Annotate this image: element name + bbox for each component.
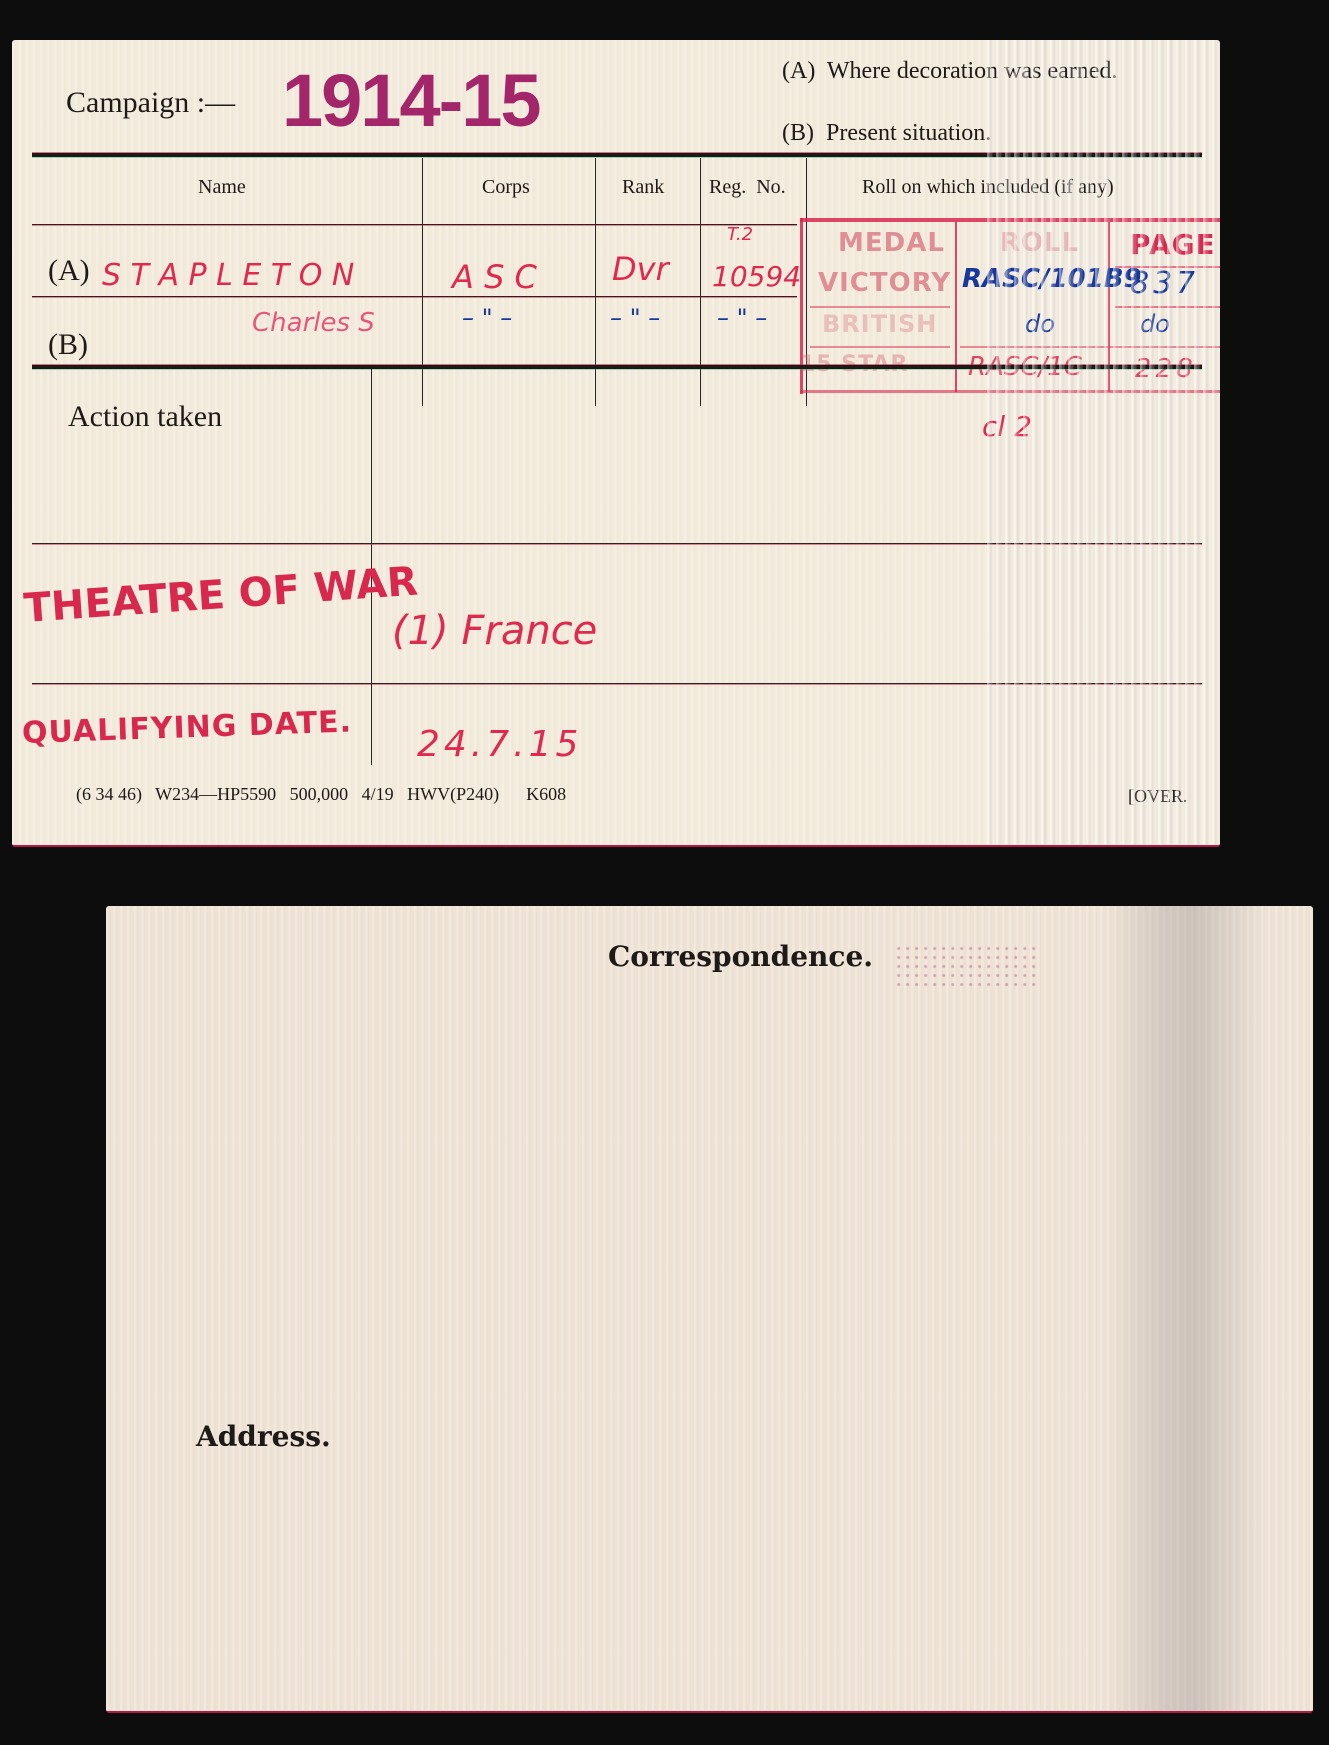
medal-index-card-front: Campaign :— 1914-15 (A) Where decoration… bbox=[12, 40, 1220, 847]
surname: S T A P L E T O N bbox=[102, 258, 354, 293]
page-british: do bbox=[1140, 310, 1170, 338]
theatre-of-war-stamp: THEATRE OF WAR bbox=[22, 559, 419, 632]
stamp-header-roll: ROLL bbox=[1000, 228, 1079, 258]
printer-imprint: (6 34 46) W234—HP5590 500,000 4/19 HWV(P… bbox=[76, 784, 566, 805]
header-row-line bbox=[32, 224, 797, 225]
reg-no-value: 10594 bbox=[712, 260, 801, 293]
roll-british: do bbox=[1025, 310, 1055, 338]
correspondence-label: Correspondence. bbox=[608, 940, 873, 973]
legend-a: (A) Where decoration was earned. bbox=[782, 58, 1117, 85]
stamp-header-page: PAGE bbox=[1130, 228, 1216, 261]
stamp-header-medal: MEDAL bbox=[838, 228, 945, 258]
corps-value: A S C bbox=[452, 258, 537, 296]
faded-stamp-offset bbox=[896, 944, 1036, 988]
campaign-label: Campaign :— bbox=[66, 86, 235, 120]
action-row-line bbox=[32, 543, 1202, 544]
row-b-prefix: (B) bbox=[48, 328, 88, 362]
row-a-prefix: (A) bbox=[48, 254, 90, 288]
medal-victory: VICTORY bbox=[818, 268, 951, 298]
medal-british: BRITISH bbox=[822, 310, 937, 338]
qualifying-date-stamp: QUALIFYING DATE. bbox=[21, 704, 352, 751]
medal-index-card-back: Correspondence. Address. bbox=[106, 906, 1313, 1713]
header-name: Name bbox=[198, 176, 246, 199]
header-reg-no: Reg. No. bbox=[709, 176, 786, 199]
page-star: 228 bbox=[1135, 354, 1197, 384]
qualifying-date-value: 24.7.15 bbox=[417, 724, 582, 765]
corps-ditto: – " – bbox=[462, 304, 512, 332]
divider-top bbox=[32, 153, 1202, 157]
rank-value: Dvr bbox=[612, 250, 669, 288]
rank-ditto: – " – bbox=[610, 304, 660, 332]
divider-mid bbox=[32, 365, 1202, 369]
address-label: Address. bbox=[196, 1420, 331, 1453]
theatre-row-line bbox=[32, 683, 1202, 684]
reg-ditto: – " – bbox=[717, 304, 767, 332]
roll-annotation: cl 2 bbox=[982, 410, 1032, 443]
forename: Charles S bbox=[252, 308, 375, 338]
header-rank: Rank bbox=[622, 176, 664, 199]
fold-shadow bbox=[1106, 906, 1266, 1711]
over-marker: [OVER. bbox=[1128, 786, 1188, 807]
action-taken-label: Action taken bbox=[68, 400, 222, 434]
page-victory: 837 bbox=[1130, 266, 1199, 301]
roll-victory: RASC/101B9 bbox=[962, 264, 1142, 294]
legend-b: (B) Present situation. bbox=[782, 120, 991, 147]
header-corps: Corps bbox=[482, 176, 530, 199]
campaign-stamp: 1914-15 bbox=[282, 58, 540, 143]
header-roll: Roll on which included (if any) bbox=[862, 176, 1114, 199]
theatre-value: (1) France bbox=[392, 608, 597, 654]
row-a-line bbox=[32, 296, 797, 297]
reg-prefix: T.2 bbox=[727, 224, 753, 245]
